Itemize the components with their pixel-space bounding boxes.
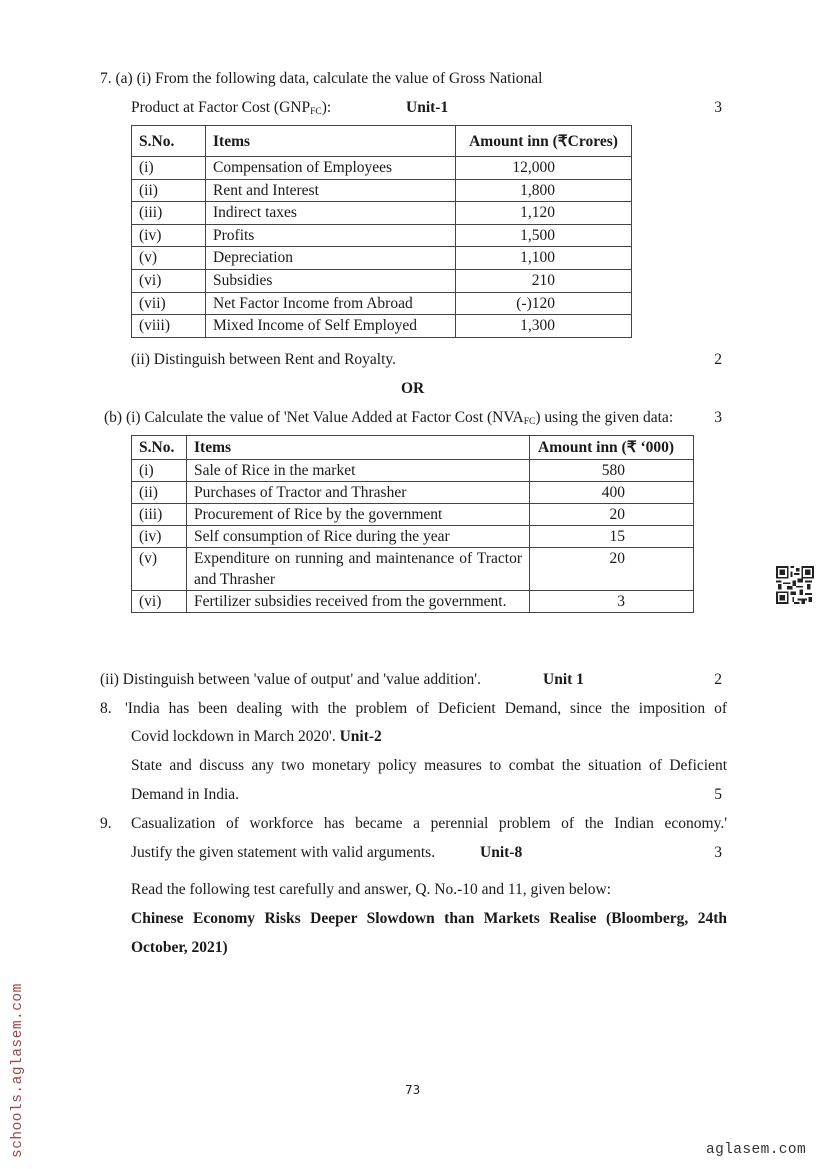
row-item: Procurement of Rice by the government <box>187 504 530 526</box>
table-row: (i)Compensation of Employees12,000 <box>132 157 632 180</box>
row-item: Sale of Rice in the market <box>187 460 530 482</box>
row-item: Compensation of Employees <box>206 157 456 180</box>
q7-a-i-subscript: FC <box>310 107 322 117</box>
watermark-left: schools.aglasem.com <box>10 983 26 1158</box>
row-item: Mixed Income of Self Employed <box>206 315 456 338</box>
row-amount: 580 <box>530 460 694 482</box>
table-row: (v)Depreciation1,100 <box>132 247 632 270</box>
q9-unit: Unit-8 <box>480 843 522 863</box>
row-item: Indirect taxes <box>206 202 456 225</box>
row-sno: (vii) <box>132 292 206 315</box>
table-row: (ii)Rent and Interest1,800 <box>132 179 632 202</box>
row-amount: 1,120 <box>456 202 632 225</box>
row-amount: 15 <box>530 526 694 548</box>
q7-b-ii-text: (ii) Distinguish between 'value of outpu… <box>100 670 481 690</box>
q9-number: 9. <box>100 814 112 834</box>
row-sno: (iv) <box>132 224 206 247</box>
q7-a-i-line2-suffix: ): <box>322 99 331 116</box>
nva-data-table: S.No. Items Amount inn (₹ ‘000) (i)Sale … <box>131 435 694 613</box>
row-sno: (vi) <box>132 269 206 292</box>
row-amount: 400 <box>530 482 694 504</box>
row-item: Profits <box>206 224 456 247</box>
row-amount: 3 <box>530 591 694 613</box>
q7-a-i-line1: 7. (a) (i) From the following data, calc… <box>100 69 542 89</box>
table-row: (iv)Self consumption of Rice during the … <box>132 526 694 548</box>
table-header-row: S.No. Items Amount inn (₹ ‘000) <box>132 436 694 460</box>
q7-b-i-prefix: (b) (i) Calculate the value of 'Net Valu… <box>104 409 524 426</box>
q7-b-ii-marks: 2 <box>710 670 722 690</box>
q8-unit: Unit-2 <box>340 728 382 745</box>
q7-a-i-unit: Unit-1 <box>406 98 448 118</box>
row-item: Fertilizer subsidies received from the g… <box>187 591 530 613</box>
q9-marks: 3 <box>710 843 722 863</box>
row-amount: 1,300 <box>456 315 632 338</box>
q7-b-i-marks: 3 <box>710 408 722 428</box>
header-items: Items <box>187 436 530 460</box>
table-row: (vi)Subsidies210 <box>132 269 632 292</box>
row-sno: (v) <box>132 247 206 270</box>
q7-a-i-line2: Product at Factor Cost (GNPFC): <box>131 98 331 122</box>
qr-code-icon[interactable] <box>776 566 814 604</box>
header-items: Items <box>206 126 456 157</box>
row-amount: 1,500 <box>456 224 632 247</box>
table-row: (vii)Net Factor Income from Abroad(-)120 <box>132 292 632 315</box>
q8-line4: Demand in India. <box>131 785 239 805</box>
row-item: Rent and Interest <box>206 179 456 202</box>
row-sno: (iii) <box>132 504 187 526</box>
header-amount: Amount inn (₹ ‘000) <box>530 436 694 460</box>
q7-a-i-line2-prefix: Product at Factor Cost (GNP <box>131 99 310 116</box>
page-number: 73 <box>405 1083 420 1097</box>
table-header-row: S.No. Items Amount inn (₹Crores) <box>132 126 632 157</box>
table-row: (ii)Purchases of Tractor and Thrasher400 <box>132 482 694 504</box>
q9-line1: Casualization of workforce has became a … <box>131 814 727 834</box>
row-item: Depreciation <box>206 247 456 270</box>
or-label: OR <box>401 379 424 399</box>
q7-b-i-subscript: FC <box>524 417 536 427</box>
row-sno: (ii) <box>132 179 206 202</box>
row-sno: (iii) <box>132 202 206 225</box>
row-amount: 1,800 <box>456 179 632 202</box>
q8-line2-text: Covid lockdown in March 2020'. <box>131 728 336 745</box>
table-row: (iii)Procurement of Rice by the governme… <box>132 504 694 526</box>
row-sno: (iv) <box>132 526 187 548</box>
passage-title-line2: October, 2021) <box>131 938 228 958</box>
q8-line2: Covid lockdown in March 2020'. Unit-2 <box>131 727 382 747</box>
q8-line1: 'India has been dealing with the problem… <box>125 699 727 719</box>
row-item: Net Factor Income from Abroad <box>206 292 456 315</box>
row-amount: 1,100 <box>456 247 632 270</box>
row-sno: (viii) <box>132 315 206 338</box>
row-amount: 210 <box>456 269 632 292</box>
passage-intro: Read the following test carefully and an… <box>131 880 611 900</box>
header-amount: Amount inn (₹Crores) <box>456 126 632 157</box>
row-amount: 20 <box>530 548 694 591</box>
row-sno: (ii) <box>132 482 187 504</box>
table-row: (i)Sale of Rice in the market580 <box>132 460 694 482</box>
row-sno: (vi) <box>132 591 187 613</box>
q7-a-i-marks: 3 <box>710 98 722 118</box>
row-amount: 12,000 <box>456 157 632 180</box>
watermark-right: aglasem.com <box>706 1142 806 1158</box>
header-sno: S.No. <box>132 126 206 157</box>
row-sno: (i) <box>132 460 187 482</box>
table-row: (vi)Fertilizer subsidies received from t… <box>132 591 694 613</box>
table-row: (v)Expenditure on running and maintenanc… <box>132 548 694 591</box>
table-row: (iv)Profits1,500 <box>132 224 632 247</box>
header-sno: S.No. <box>132 436 187 460</box>
q7-b-ii-unit: Unit 1 <box>543 670 584 690</box>
row-sno: (v) <box>132 548 187 591</box>
row-item: Expenditure on running and maintenance o… <box>187 548 530 591</box>
passage-title-line1: Chinese Economy Risks Deeper Slowdown th… <box>131 909 727 929</box>
q9-line2: Justify the given statement with valid a… <box>131 843 435 863</box>
row-item: Self consumption of Rice during the year <box>187 526 530 548</box>
row-item: Subsidies <box>206 269 456 292</box>
row-amount: (-)120 <box>456 292 632 315</box>
row-sno: (i) <box>132 157 206 180</box>
q7-b-i-text: (b) (i) Calculate the value of 'Net Valu… <box>104 408 673 432</box>
q8-number: 8. <box>100 699 112 719</box>
q8-line3: State and discuss any two monetary polic… <box>131 756 727 776</box>
q7-b-i-suffix: ) using the given data: <box>535 409 673 426</box>
row-amount: 20 <box>530 504 694 526</box>
table-row: (iii)Indirect taxes1,120 <box>132 202 632 225</box>
gnp-data-table: S.No. Items Amount inn (₹Crores) (i)Comp… <box>131 125 632 338</box>
table-row: (viii)Mixed Income of Self Employed1,300 <box>132 315 632 338</box>
q7-a-ii-text: (ii) Distinguish between Rent and Royalt… <box>131 350 396 370</box>
row-item: Purchases of Tractor and Thrasher <box>187 482 530 504</box>
q8-marks: 5 <box>710 785 722 805</box>
q7-a-ii-marks: 2 <box>710 350 722 370</box>
